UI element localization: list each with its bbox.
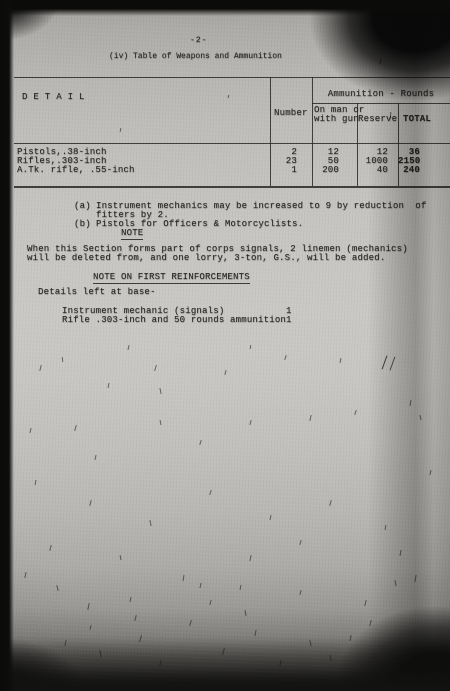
table-row-detail: A.Tk. rifle, .55-inch bbox=[17, 166, 135, 175]
footnote-b-label: (b) bbox=[74, 220, 91, 229]
reinforcements-intro: Details left at base- bbox=[38, 288, 156, 297]
note-heading: NOTE bbox=[121, 229, 143, 240]
scan-edge-top bbox=[0, 0, 450, 16]
column-header-detail: DETAIL bbox=[22, 93, 90, 102]
reinforcement-item-label: Rifle .303-inch and 50 rounds ammunition bbox=[62, 316, 286, 325]
document-title: (iv) Table of Weapons and Ammunition bbox=[109, 53, 282, 61]
reinforcement-item-qty: 1 bbox=[286, 316, 292, 325]
scan-edge-left bbox=[0, 0, 14, 691]
footnote-a-label: (a) bbox=[74, 202, 91, 211]
scan-dark-blob-top-right bbox=[290, 0, 450, 180]
page-number: -2- bbox=[190, 37, 207, 45]
scan-edge-bottom bbox=[0, 636, 450, 691]
reinforcements-heading: NOTE ON FIRST REINFORCEMENTS bbox=[93, 273, 250, 284]
scanned-document-page: -2- (iv) Table of Weapons and Ammunition… bbox=[0, 0, 450, 691]
note-line2: will be deleted from, and one lorry, 3-t… bbox=[27, 254, 385, 263]
